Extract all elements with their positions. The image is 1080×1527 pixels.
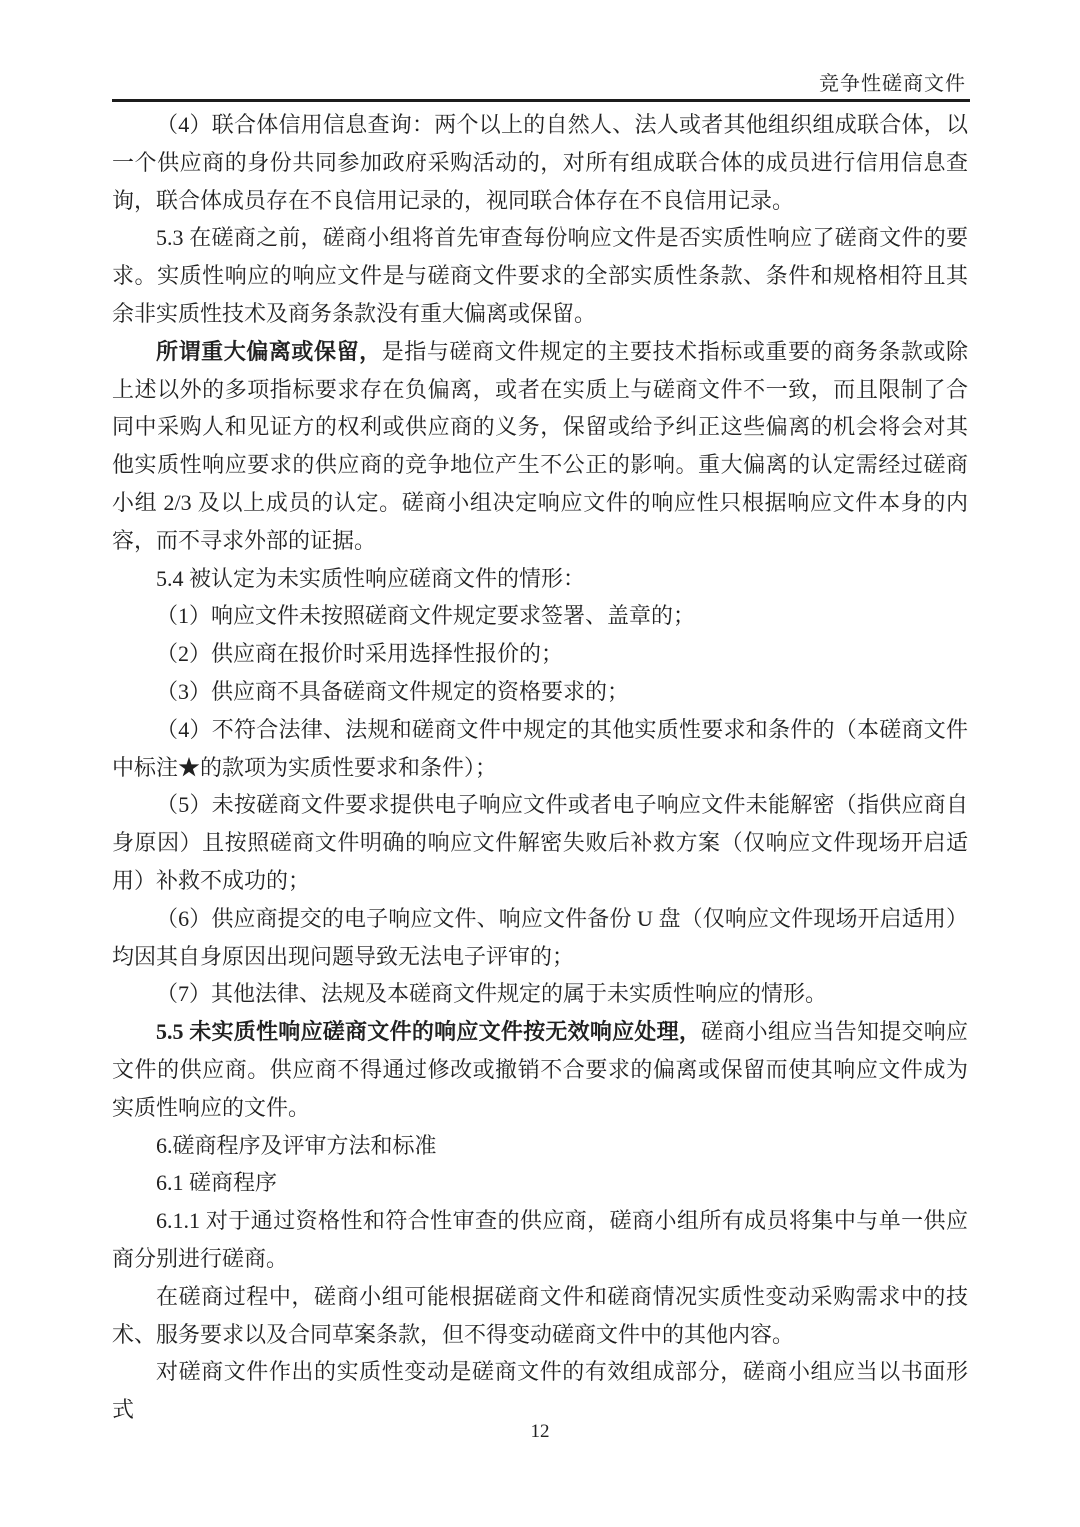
text-run: 对磋商文件作出的实质性变动是磋商文件的有效组成部分，磋商小组应当以书面形式 bbox=[112, 1359, 968, 1422]
text-run: 是指与磋商文件规定的主要技术指标或重要的商务条款或除上述以外的多项指标要求存在负… bbox=[112, 339, 968, 553]
paragraph: （4）联合体信用信息查询：两个以上的自然人、法人或者其他组织组成联合体，以一个供… bbox=[112, 106, 968, 219]
paragraph: 6.磋商程序及评审方法和标准 bbox=[112, 1127, 968, 1165]
bold-text-run: 所谓重大偏离或保留， bbox=[156, 339, 382, 364]
header-rule bbox=[112, 99, 970, 102]
paragraph: （7）其他法律、法规及本磋商文件规定的属于未实质性响应的情形。 bbox=[112, 975, 968, 1013]
text-run: （4）不符合法律、法规和磋商文件中规定的其他实质性要求和条件的（本磋商文件中标注… bbox=[112, 717, 968, 780]
paragraph: （5）未按磋商文件要求提供电子响应文件或者电子响应文件未能解密（指供应商自身原因… bbox=[112, 786, 968, 899]
text-run: （1）响应文件未按照磋商文件规定要求签署、盖章的； bbox=[156, 603, 695, 628]
paragraph: 所谓重大偏离或保留，是指与磋商文件规定的主要技术指标或重要的商务条款或除上述以外… bbox=[112, 333, 968, 560]
text-run: 6.1.1 对于通过资格性和符合性审查的供应商，磋商小组所有成员将集中与单一供应… bbox=[112, 1208, 968, 1271]
paragraph: 对磋商文件作出的实质性变动是磋商文件的有效组成部分，磋商小组应当以书面形式 bbox=[112, 1353, 968, 1429]
text-run: 6.磋商程序及评审方法和标准 bbox=[156, 1133, 437, 1158]
text-run: （2）供应商在报价时采用选择性报价的； bbox=[156, 641, 563, 666]
text-run: （6）供应商提交的电子响应文件、响应文件备份 U 盘（仅响应文件现场开启适用）均… bbox=[112, 906, 968, 969]
paragraph: （4）不符合法律、法规和磋商文件中规定的其他实质性要求和条件的（本磋商文件中标注… bbox=[112, 711, 968, 787]
text-run: 6.1 磋商程序 bbox=[156, 1170, 277, 1195]
paragraph: 6.1.1 对于通过资格性和符合性审查的供应商，磋商小组所有成员将集中与单一供应… bbox=[112, 1202, 968, 1278]
paragraph: （2）供应商在报价时采用选择性报价的； bbox=[112, 635, 968, 673]
text-run: （3）供应商不具备磋商文件规定的资格要求的； bbox=[156, 679, 629, 704]
paragraph: 6.1 磋商程序 bbox=[112, 1164, 968, 1202]
text-run: （4）联合体信用信息查询：两个以上的自然人、法人或者其他组织组成联合体，以一个供… bbox=[112, 112, 968, 213]
paragraph: 5.3 在磋商之前，磋商小组将首先审查每份响应文件是否实质性响应了磋商文件的要求… bbox=[112, 219, 968, 332]
text-run: （5）未按磋商文件要求提供电子响应文件或者电子响应文件未能解密（指供应商自身原因… bbox=[112, 792, 968, 893]
text-run: 在磋商过程中，磋商小组可能根据磋商文件和磋商情况实质性变动采购需求中的技术、服务… bbox=[112, 1284, 968, 1347]
page-number: 12 bbox=[531, 1421, 550, 1442]
page-header: 竞争性磋商文件 bbox=[112, 72, 966, 96]
document-page: 竞争性磋商文件 （4）联合体信用信息查询：两个以上的自然人、法人或者其他组织组成… bbox=[0, 0, 1080, 1527]
header-title: 竞争性磋商文件 bbox=[819, 73, 966, 95]
bold-text-run: 5.5 未实质性响应磋商文件的响应文件按无效响应处理， bbox=[156, 1019, 701, 1044]
paragraph: （3）供应商不具备磋商文件规定的资格要求的； bbox=[112, 673, 968, 711]
paragraph: （6）供应商提交的电子响应文件、响应文件备份 U 盘（仅响应文件现场开启适用）均… bbox=[112, 900, 968, 976]
paragraph: （1）响应文件未按照磋商文件规定要求签署、盖章的； bbox=[112, 597, 968, 635]
text-run: 5.3 在磋商之前，磋商小组将首先审查每份响应文件是否实质性响应了磋商文件的要求… bbox=[112, 225, 968, 326]
page-footer: 12 bbox=[0, 1420, 1080, 1444]
paragraph: 在磋商过程中，磋商小组可能根据磋商文件和磋商情况实质性变动采购需求中的技术、服务… bbox=[112, 1278, 968, 1354]
paragraph: 5.5 未实质性响应磋商文件的响应文件按无效响应处理，磋商小组应当告知提交响应文… bbox=[112, 1013, 968, 1126]
text-run: （7）其他法律、法规及本磋商文件规定的属于未实质性响应的情形。 bbox=[156, 981, 827, 1006]
document-body: （4）联合体信用信息查询：两个以上的自然人、法人或者其他组织组成联合体，以一个供… bbox=[112, 106, 968, 1429]
paragraph: 5.4 被认定为未实质性响应磋商文件的情形： bbox=[112, 560, 968, 598]
text-run: 5.4 被认定为未实质性响应磋商文件的情形： bbox=[156, 566, 585, 591]
